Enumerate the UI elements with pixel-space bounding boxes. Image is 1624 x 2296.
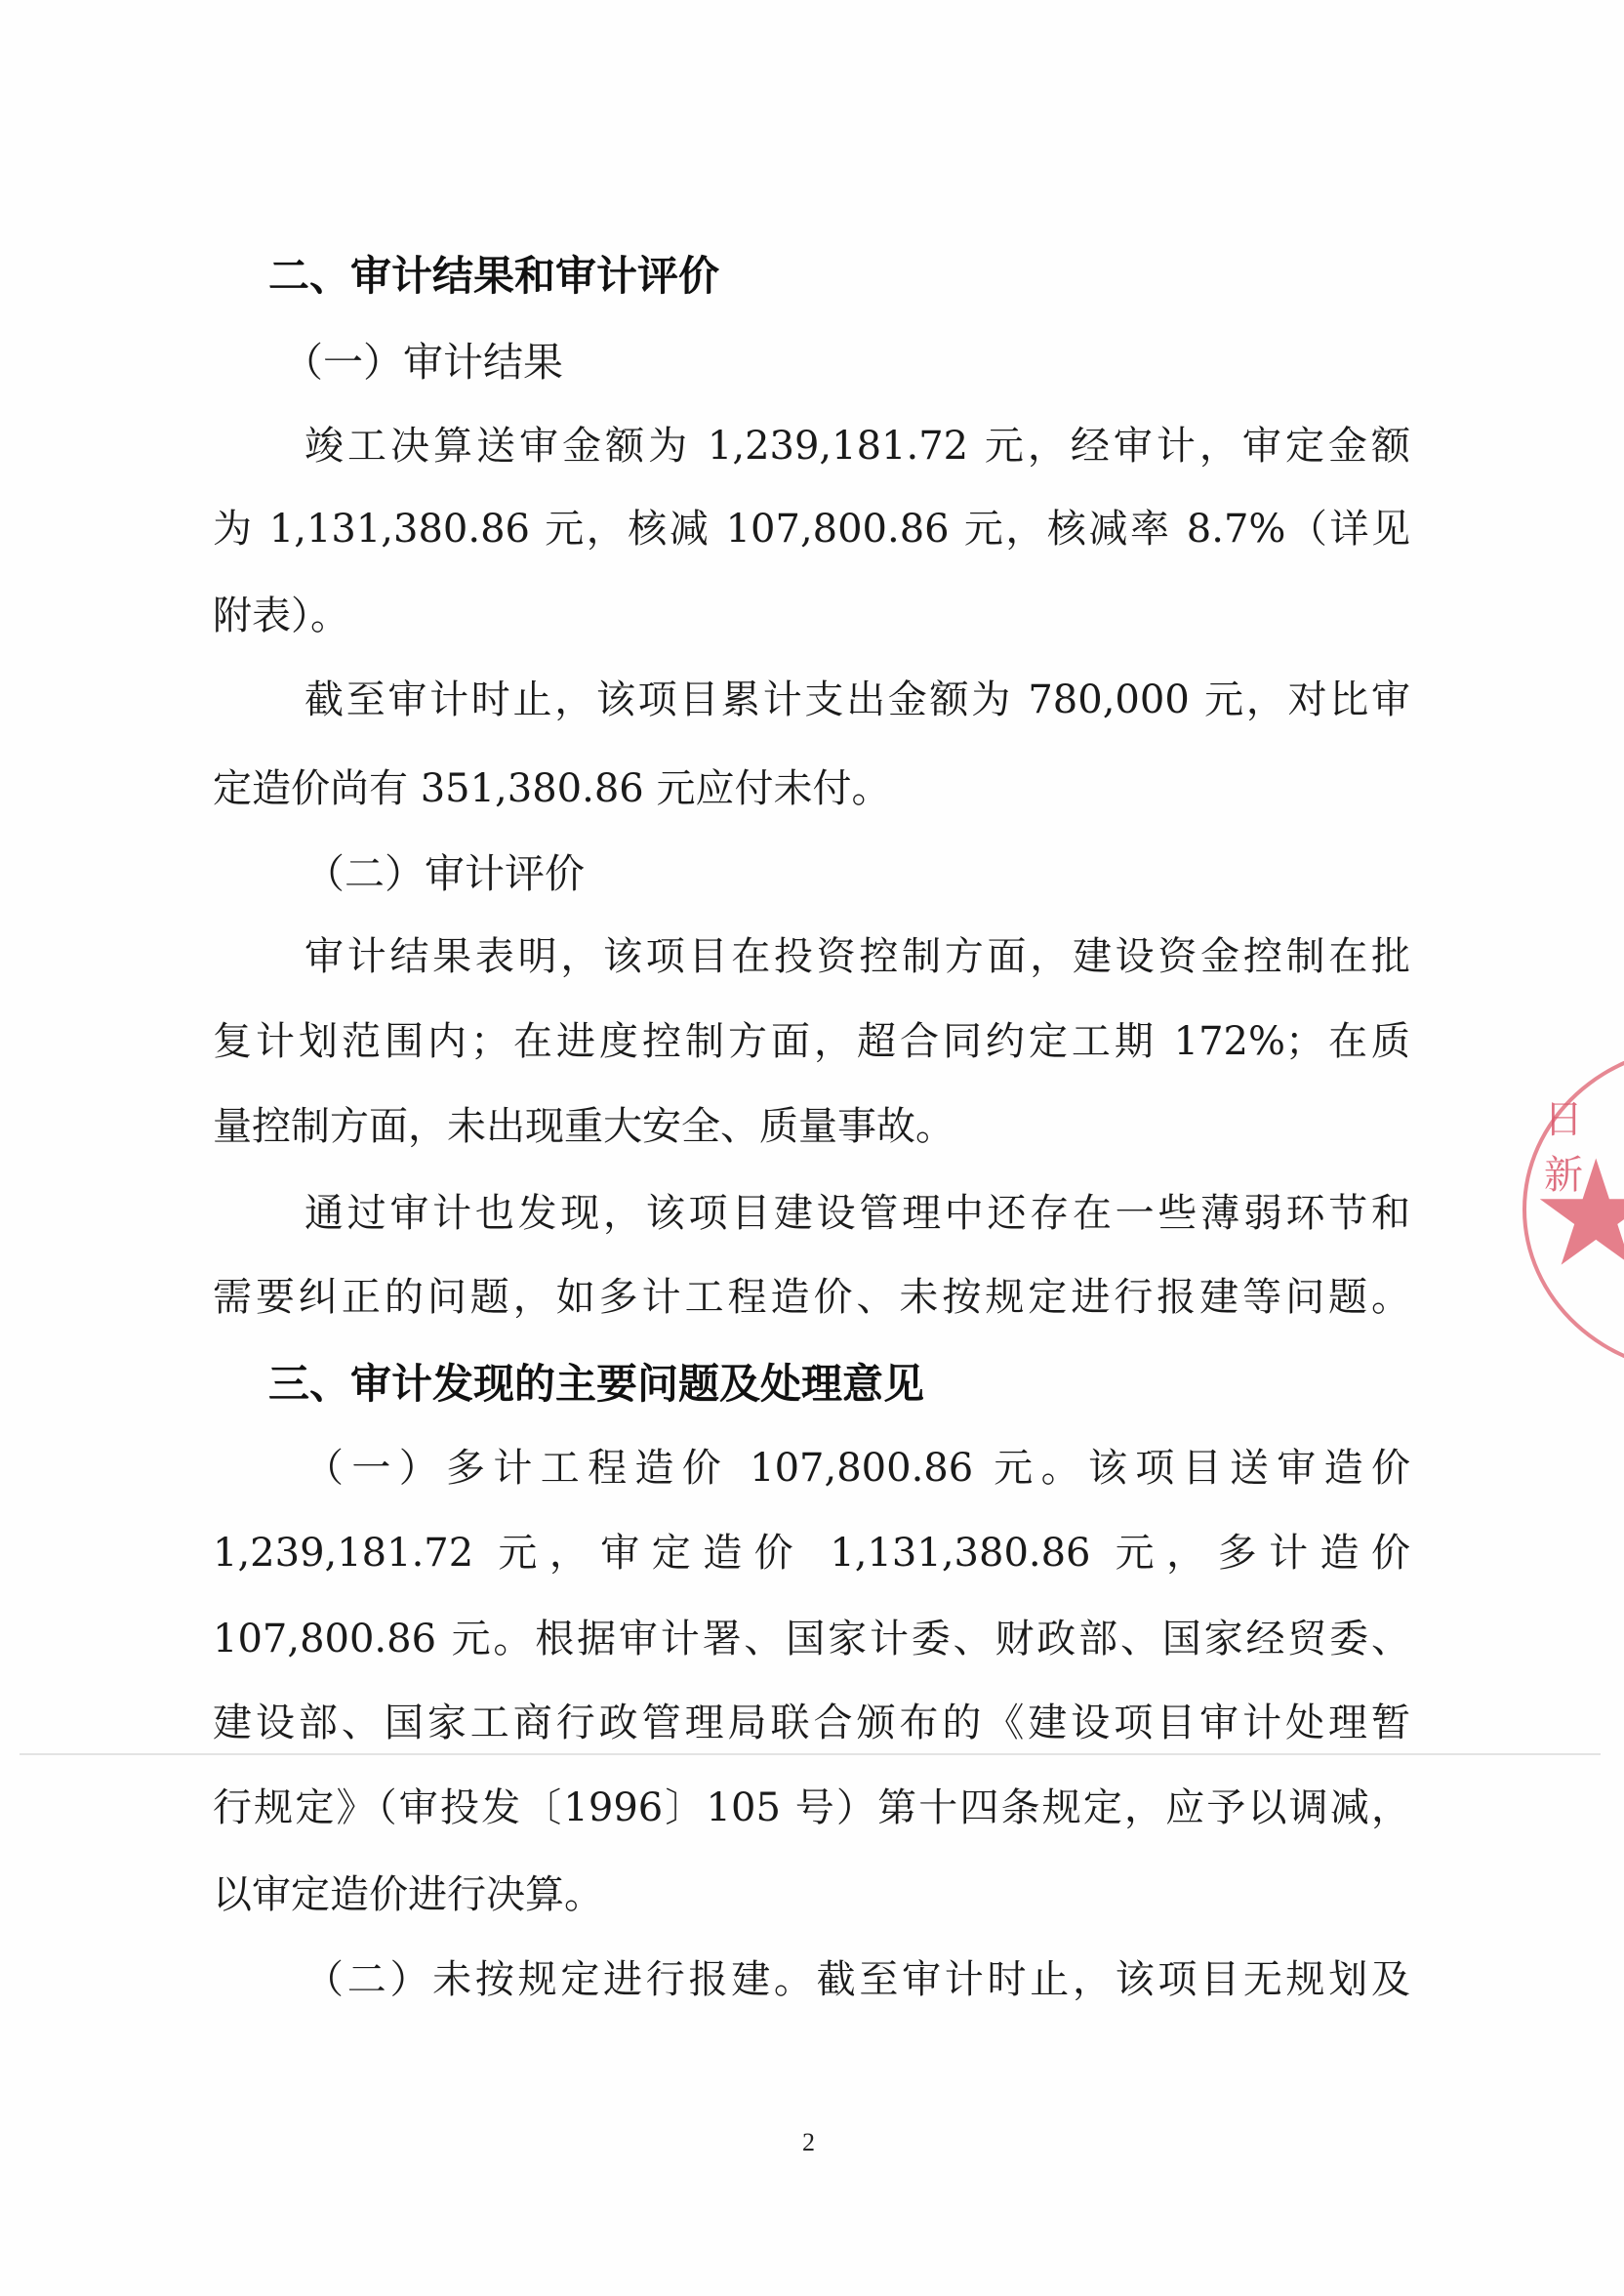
subsection-heading-audit-evaluation: （二）审计评价 bbox=[304, 844, 585, 903]
paragraph-line: 定造价尚有 351,380.86 元应付未付。 bbox=[213, 759, 890, 818]
section-heading-2: 二、审计结果和审计评价 bbox=[268, 247, 719, 306]
document-page: 二、审计结果和审计评价 （一）审计结果 竣工决算送审金额为 1,239,181.… bbox=[0, 0, 1624, 2296]
page-number: 2 bbox=[802, 2128, 815, 2157]
paragraph-line: （一）多计工程造价 107,800.86 元。该项目送审造价 bbox=[304, 1439, 1410, 1497]
paragraph-line: 附表）。 bbox=[213, 587, 349, 645]
paragraph-line: 以审定造价进行决算。 bbox=[213, 1865, 603, 1924]
star-icon: ★ bbox=[1530, 1142, 1624, 1289]
subsection-heading-audit-results: （一）审计结果 bbox=[283, 333, 563, 391]
paragraph-line: 量控制方面，未出现重大安全、质量事故。 bbox=[213, 1097, 954, 1156]
paragraph-line: 行规定》（审投发〔1996〕105 号）第十四条规定，应予以调减， bbox=[213, 1779, 1410, 1837]
paragraph-line: 审计结果表明，该项目在投资控制方面，建设资金控制在批 bbox=[304, 927, 1410, 986]
official-seal-stamp: 日新 ★ bbox=[1522, 1045, 1624, 1376]
paragraph-line: 竣工决算送审金额为 1,239,181.72 元，经审计，审定金额 bbox=[304, 417, 1410, 475]
paragraph-line: 需要纠正的问题，如多计工程造价、未按规定进行报建等问题。 bbox=[213, 1268, 1410, 1327]
section-heading-3: 三、审计发现的主要问题及处理意见 bbox=[268, 1355, 924, 1414]
paragraph-line: 通过审计也发现，该项目建设管理中还存在一些薄弱环节和 bbox=[304, 1184, 1410, 1243]
paragraph-line: 截至审计时止，该项目累计支出金额为 780,000 元，对比审 bbox=[304, 671, 1410, 729]
paragraph-line: 复计划范围内；在进度控制方面，超合同约定工期 172%；在质 bbox=[213, 1012, 1410, 1071]
scan-artifact-line bbox=[20, 1753, 1601, 1755]
paragraph-line: （二）未按规定进行报建。截至审计时止，该项目无规划及 bbox=[304, 1950, 1410, 2009]
paragraph-line: 1,239,181.72 元，审定造价 1,131,380.86 元，多计造价 bbox=[213, 1524, 1410, 1582]
paragraph-line: 为 1,131,380.86 元，核减 107,800.86 元，核减率 8.7… bbox=[213, 500, 1410, 558]
paragraph-line: 建设部、国家工商行政管理局联合颁布的《建设项目审计处理暂 bbox=[213, 1694, 1410, 1752]
paragraph-line: 107,800.86 元。根据审计署、国家计委、财政部、国家经贸委、 bbox=[213, 1610, 1410, 1668]
